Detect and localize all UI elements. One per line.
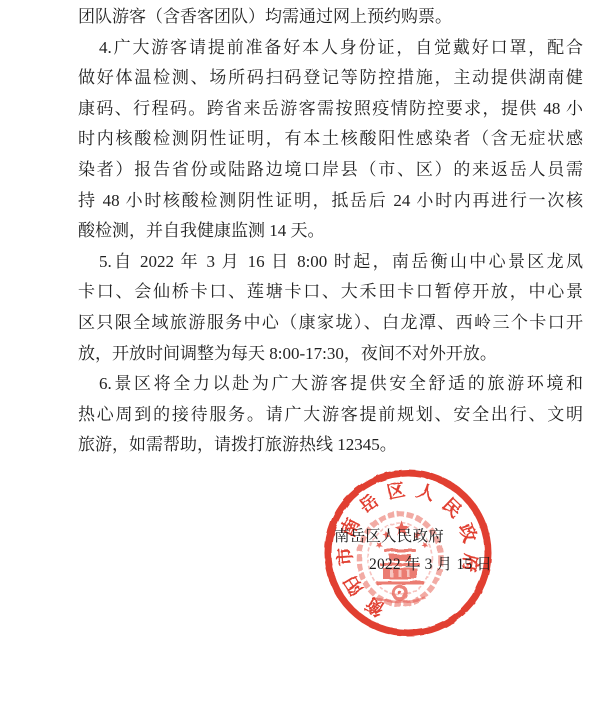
body-line: 康码、行程码。跨省来岳游客需按照疫情防控要求，提供 48 小 <box>78 94 583 125</box>
body-line: 区只限全域旅游服务中心（康家垅）、白龙潭、西岭三个卡口开 <box>78 308 583 339</box>
seal-ring-char: 政 <box>455 521 481 545</box>
signature-issuer: 南岳区人民政府 <box>334 524 444 546</box>
seal-ring-char: 市 <box>334 547 356 566</box>
body-line: 酸检测，并自我健康监测 14 天。 <box>78 216 583 247</box>
body-line: 卡口、会仙桥卡口、莲塘卡口、大禾田卡口暂停开放，中心景 <box>78 277 583 308</box>
body-line: 时内核酸检测阴性证明，有本土核酸阳性感染者（含无症状感 <box>78 124 583 155</box>
body-line: 4.广大游客请提前准备好本人身份证，自觉戴好口罩，配合 <box>78 33 583 64</box>
seal-ring-char: 人 <box>414 480 437 504</box>
body-line: 5.自 2022 年 3 月 16 日 8:00 时起，南岳衡山中心景区龙凤 <box>78 247 583 278</box>
signature-date: 2022 年 3 月 15 日 <box>369 552 492 574</box>
body-line: 做好体温检测、场所码扫码登记等防控措施，主动提供湖南健 <box>78 63 583 94</box>
body-line: 染者）报告省份或陆路边境口岸县（市、区）的来返岳人员需 <box>78 155 583 186</box>
seal-ring-char: 民 <box>438 494 465 521</box>
body-line: 团队游客（含香客团队）均需通过网上预约购票。 <box>78 2 583 33</box>
document-body: 团队游客（含香客团队）均需通过网上预约购票。4.广大游客请提前准备好本人身份证，… <box>78 2 583 461</box>
body-line: 旅游，如需帮助，请拨打旅游热线 12345。 <box>78 430 583 461</box>
seal-ring-char: 区 <box>385 480 406 503</box>
document-page: 团队游客（含香客团队）均需通过网上预约购票。4.广大游客请提前准备好本人身份证，… <box>0 0 610 719</box>
body-line: 热心周到的接待服务。请广大游客提前规划、安全出行、文明 <box>78 400 583 431</box>
body-line: 持 48 小时核酸检测阴性证明，抵岳后 24 小时内再进行一次核 <box>78 186 583 217</box>
body-line: 放，开放时间调整为每天 8:00-17:30，夜间不对外开放。 <box>78 339 583 370</box>
body-line: 6.景区将全力以赴为广大游客提供安全舒适的旅游环境和 <box>78 369 583 400</box>
